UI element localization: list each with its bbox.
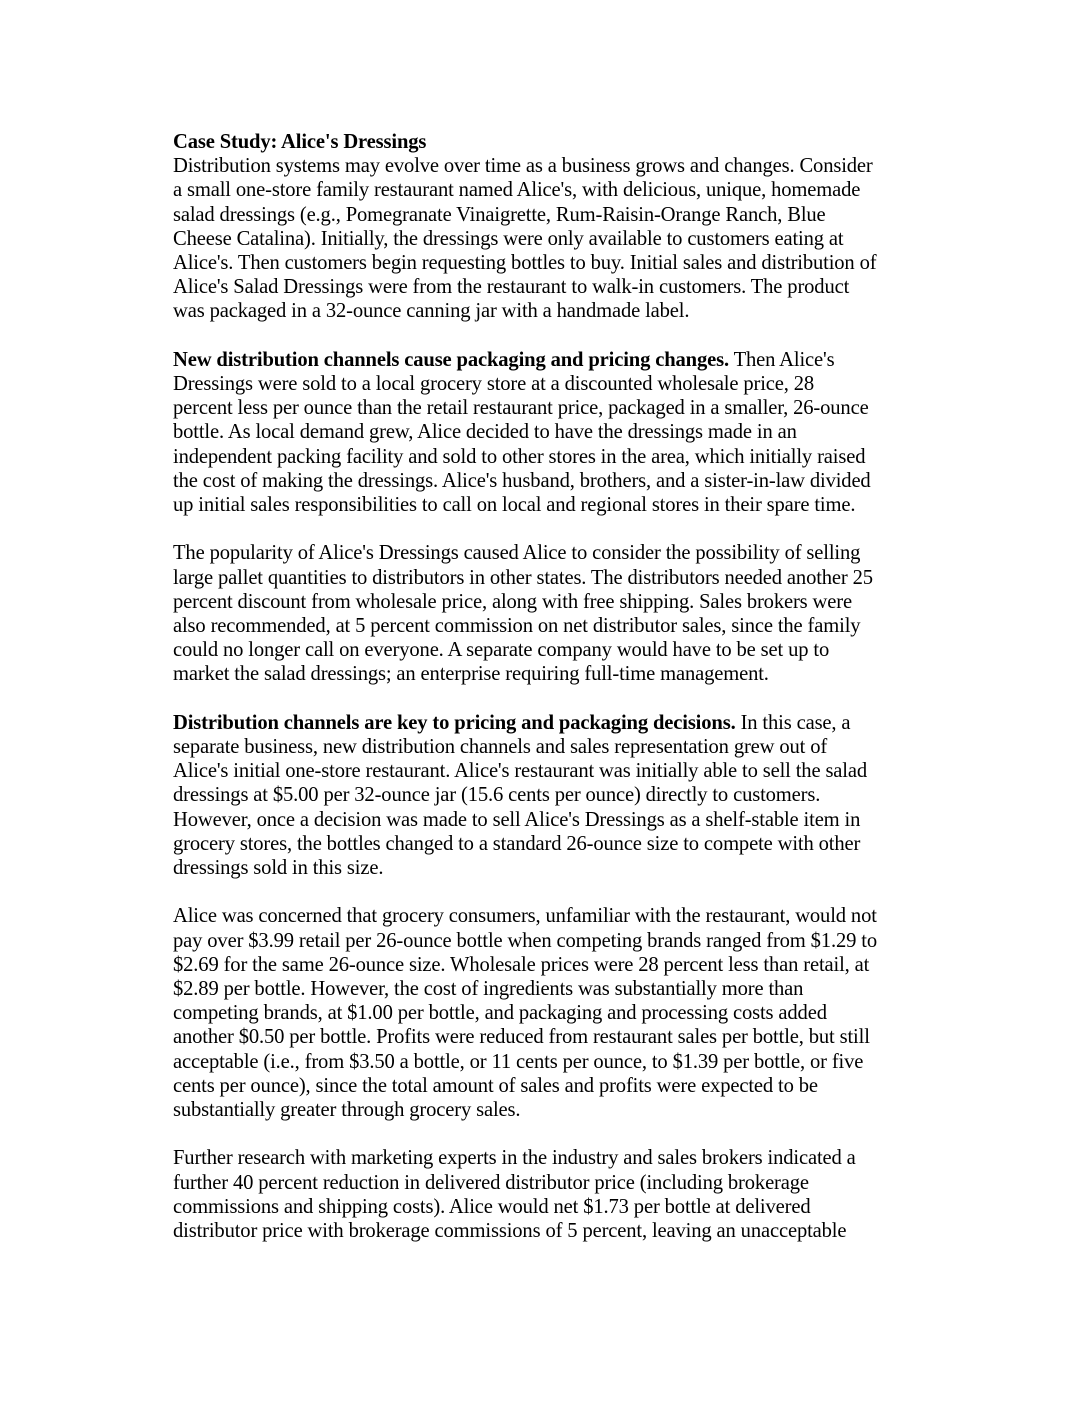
key-channels-paragraph: Distribution channels are key to pricing… (173, 711, 933, 880)
lead-line-rest: In this case, a (736, 712, 851, 734)
document-page: Case Study: Alice's Dressings Distributi… (173, 130, 933, 1267)
text-line: Alice was concerned that grocery consume… (173, 904, 933, 928)
text-line: competing brands, at $1.00 per bottle, a… (173, 1001, 933, 1025)
popularity-paragraph: The popularity of Alice's Dressings caus… (173, 541, 933, 686)
text-line: percent discount from wholesale price, a… (173, 590, 933, 614)
text-line: Distribution channels are key to pricing… (173, 711, 933, 735)
text-line: further 40 percent reduction in delivere… (173, 1171, 933, 1195)
text-line: a small one-store family restaurant name… (173, 178, 933, 202)
text-line: bottle. As local demand grew, Alice deci… (173, 420, 933, 444)
text-line: The popularity of Alice's Dressings caus… (173, 541, 933, 565)
text-line: separate business, new distribution chan… (173, 735, 933, 759)
text-line: the cost of making the dressings. Alice'… (173, 469, 933, 493)
text-line: percent less per ounce than the retail r… (173, 396, 933, 420)
text-line: acceptable (i.e., from $3.50 a bottle, o… (173, 1050, 933, 1074)
pricing-concern-paragraph: Alice was concerned that grocery consume… (173, 904, 933, 1122)
text-line: dressings sold in this size. (173, 856, 933, 880)
text-line: market the salad dressings; an enterpris… (173, 662, 933, 686)
text-line: Distribution systems may evolve over tim… (173, 154, 933, 178)
text-line: substantially greater through grocery sa… (173, 1098, 933, 1122)
text-line: Further research with marketing experts … (173, 1146, 933, 1170)
text-line: distributor price with brokerage commiss… (173, 1219, 933, 1243)
text-line: Cheese Catalina). Initially, the dressin… (173, 227, 933, 251)
text-line: was packaged in a 32-ounce canning jar w… (173, 299, 933, 323)
text-line: independent packing facility and sold to… (173, 445, 933, 469)
text-line: grocery stores, the bottles changed to a… (173, 832, 933, 856)
text-line: dressings at $5.00 per 32-ounce jar (15.… (173, 783, 933, 807)
text-line: However, once a decision was made to sel… (173, 808, 933, 832)
text-line: Dressings were sold to a local grocery s… (173, 372, 933, 396)
lead-line-rest: Then Alice's (729, 349, 834, 371)
paragraph-lead-heading: Distribution channels are key to pricing… (173, 712, 736, 734)
text-line: $2.69 for the same 26-ounce size. Wholes… (173, 953, 933, 977)
text-line: large pallet quantities to distributors … (173, 566, 933, 590)
text-line: could no longer call on everyone. A sepa… (173, 638, 933, 662)
text-line: New distribution channels cause packagin… (173, 348, 933, 372)
text-line: another $0.50 per bottle. Profits were r… (173, 1025, 933, 1049)
text-line: Alice's. Then customers begin requesting… (173, 251, 933, 275)
text-line: also recommended, at 5 percent commissio… (173, 614, 933, 638)
text-line: cents per ounce), since the total amount… (173, 1074, 933, 1098)
text-line: up initial sales responsibilities to cal… (173, 493, 933, 517)
text-line: salad dressings (e.g., Pomegranate Vinai… (173, 203, 933, 227)
text-line: Alice's Salad Dressings were from the re… (173, 275, 933, 299)
new-channels-paragraph: New distribution channels cause packagin… (173, 348, 933, 517)
intro-paragraph: Case Study: Alice's Dressings Distributi… (173, 130, 933, 324)
text-line: commissions and shipping costs). Alice w… (173, 1195, 933, 1219)
document-title: Case Study: Alice's Dressings (173, 130, 933, 154)
text-line: pay over $3.99 retail per 26-ounce bottl… (173, 929, 933, 953)
further-research-paragraph: Further research with marketing experts … (173, 1146, 933, 1243)
paragraph-lead-heading: New distribution channels cause packagin… (173, 349, 729, 371)
text-line: $2.89 per bottle. However, the cost of i… (173, 977, 933, 1001)
text-line: Alice's initial one-store restaurant. Al… (173, 759, 933, 783)
